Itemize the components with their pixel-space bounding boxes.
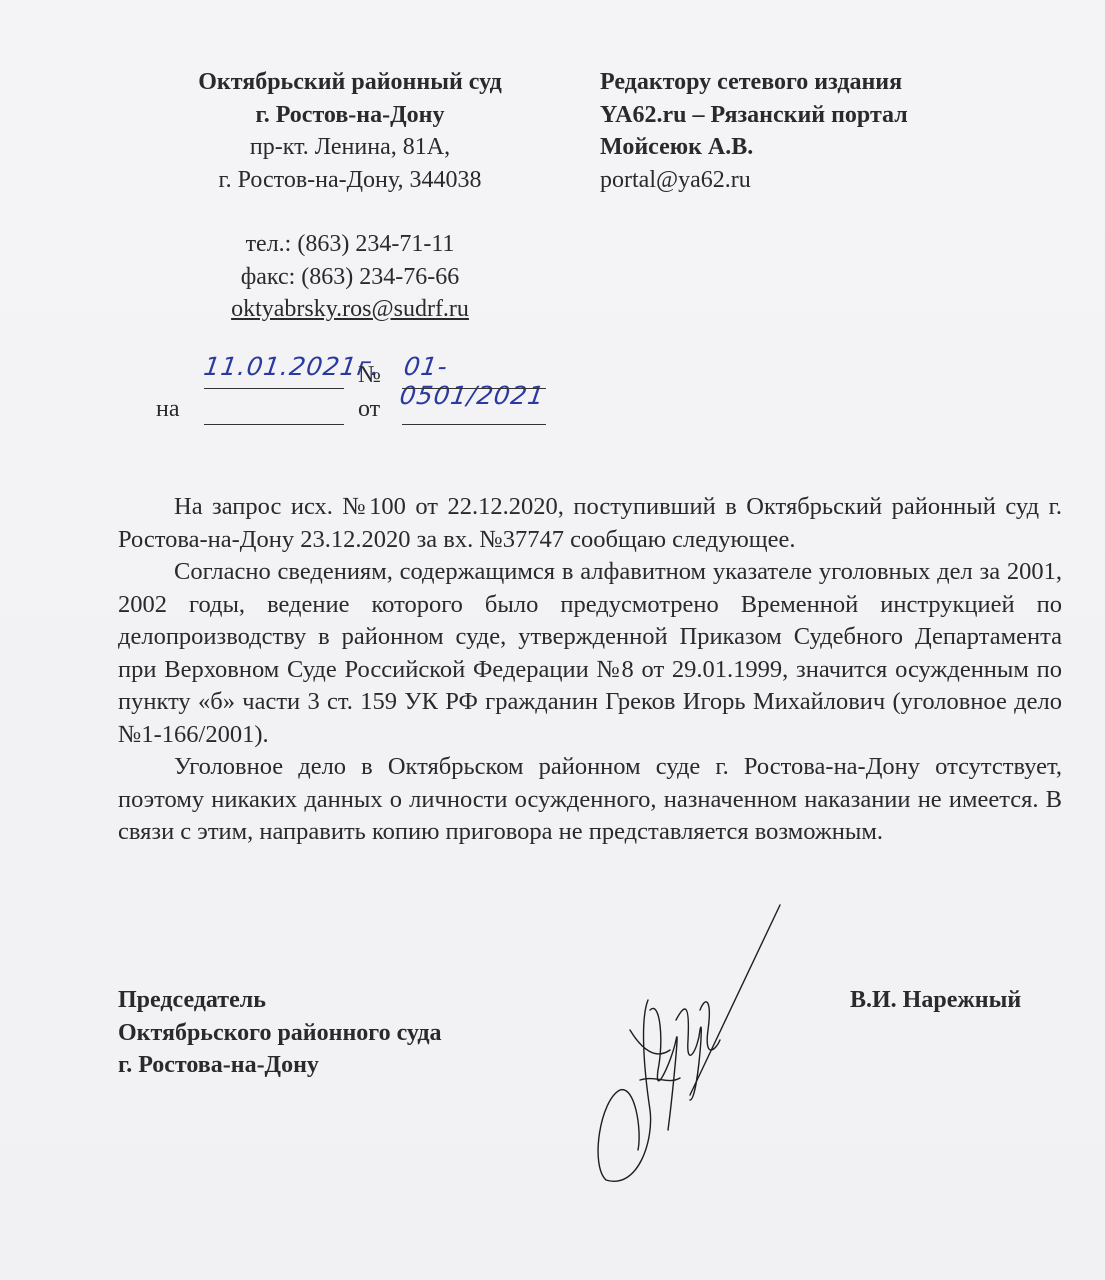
na-label: на: [156, 396, 180, 423]
sender-fax: факс: (863) 234-76-66: [140, 261, 560, 294]
handwritten-signature-icon: [580, 900, 800, 1200]
registration-fields: 11.01.2021г. № 01-0501/2021 на от: [156, 350, 576, 430]
recipient-line2: YA62.ru – Рязанский портал: [600, 99, 1040, 132]
signer-title-line3: г. Ростова-на-Дону: [118, 1049, 442, 1082]
sender-phone: тел.: (863) 234-71-11: [140, 228, 560, 261]
recipient-email: portal@ya62.ru: [600, 164, 1040, 197]
date-underline-top: [204, 388, 344, 389]
number-sign: №: [358, 362, 381, 389]
sender-contacts: тел.: (863) 234-71-11 факс: (863) 234-76…: [140, 228, 560, 326]
ot-label: от: [358, 396, 380, 423]
signer-name: В.И. Нарежный: [850, 984, 1021, 1017]
number-underline-top: [402, 388, 546, 389]
body-paragraph-2: Согласно сведениям, содержащимся в алфав…: [118, 556, 1062, 751]
recipient-block: Редактору сетевого издания YA62.ru – Ряз…: [600, 66, 1040, 196]
ot-underline: [402, 424, 546, 425]
body-paragraph-1: На запрос исх. №100 от 22.12.2020, посту…: [118, 491, 1062, 556]
letter-body: На запрос исх. №100 от 22.12.2020, посту…: [118, 491, 1062, 849]
registration-date-handwritten: 11.01.2021г.: [202, 352, 382, 381]
sender-block: Октябрьский районный суд г. Ростов-на-До…: [140, 66, 560, 196]
document-page: Октябрьский районный суд г. Ростов-на-До…: [0, 0, 1105, 1280]
recipient-line1: Редактору сетевого издания: [600, 66, 1040, 99]
signer-title-block: Председатель Октябрьского районного суда…: [118, 984, 442, 1082]
sender-name-line2: г. Ростов-на-Дону: [140, 99, 560, 132]
signer-title-line2: Октябрьского районного суда: [118, 1017, 442, 1050]
sender-name-line1: Октябрьский районный суд: [140, 66, 560, 99]
sender-address-line1: пр-кт. Ленина, 81А,: [140, 131, 560, 164]
na-underline: [204, 424, 344, 425]
body-paragraph-3: Уголовное дело в Октябрьском районном су…: [118, 751, 1062, 849]
registration-number-handwritten: 01-0501/2021: [398, 352, 580, 410]
signer-title-line1: Председатель: [118, 984, 442, 1017]
sender-email-link[interactable]: oktyabrsky.ros@sudrf.ru: [231, 296, 469, 322]
recipient-name: Мойсеюк А.В.: [600, 131, 1040, 164]
sender-address-line2: г. Ростов-на-Дону, 344038: [140, 164, 560, 197]
